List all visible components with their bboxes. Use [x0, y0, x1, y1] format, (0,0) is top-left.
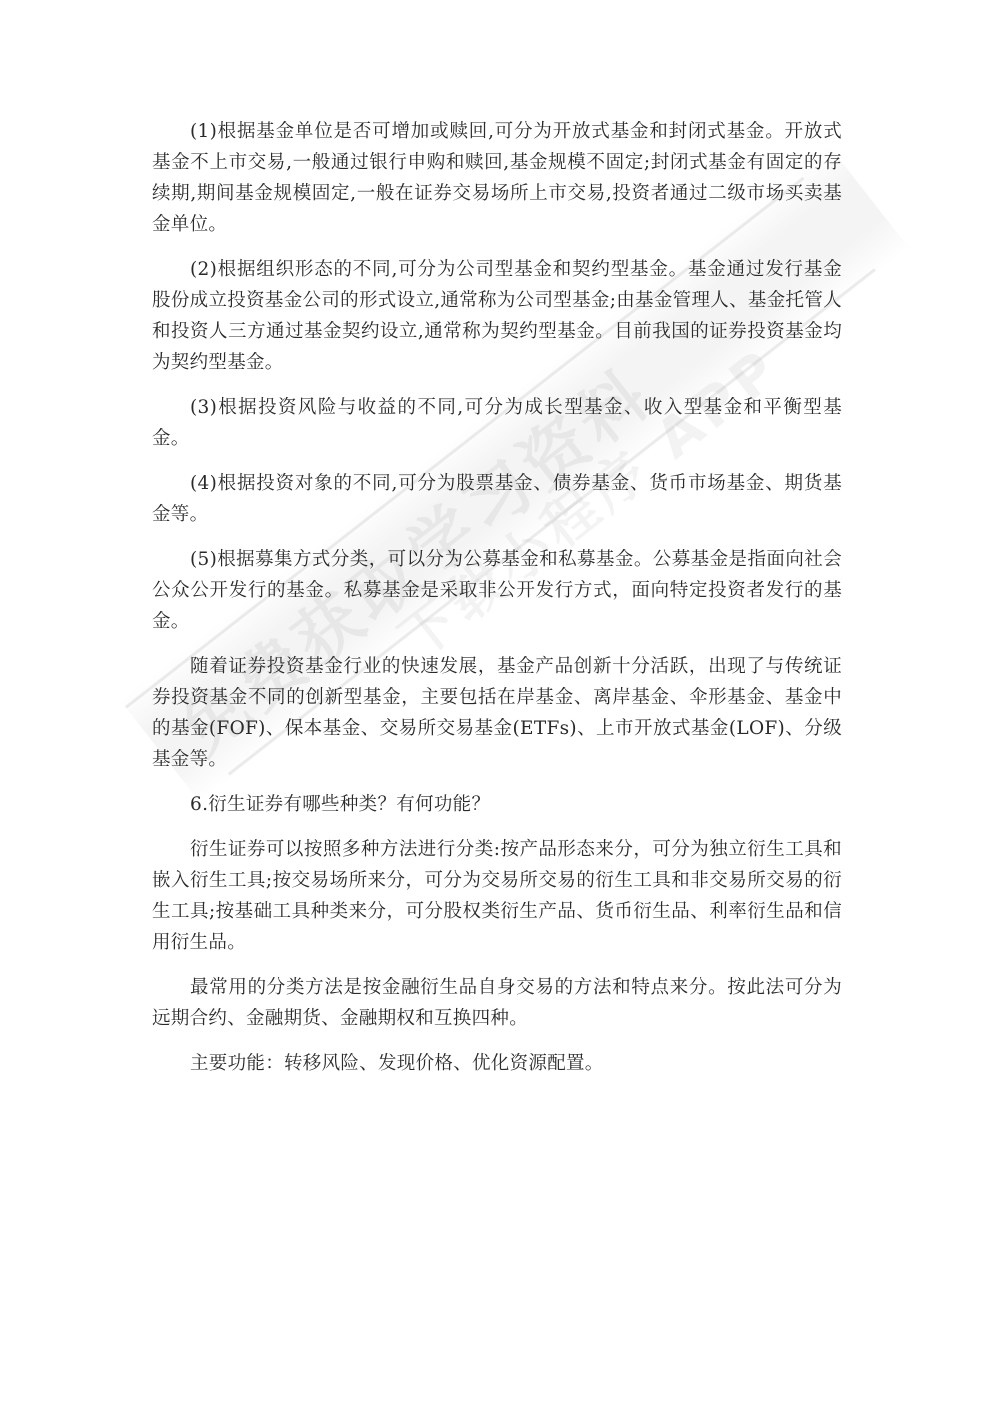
paragraph-innovative-funds: 随着证券投资基金行业的快速发展，基金产品创新十分活跃，出现了与传统证券投资基金不…: [152, 651, 842, 775]
paragraph-fund-type-4: (4)根据投资对象的不同,可分为股票基金、债券基金、货币市场基金、期货基金等。: [152, 468, 842, 530]
paragraph-derivative-classification: 衍生证券可以按照多种方法进行分类:按产品形态来分，可分为独立衍生工具和嵌入衍生工…: [152, 834, 842, 958]
paragraph-fund-type-5: (5)根据募集方式分类，可以分为公募基金和私募基金。公募基金是指面向社会公众公开…: [152, 544, 842, 637]
paragraph-common-classification: 最常用的分类方法是按金融衍生品自身交易的方法和特点来分。按此法可分为远期合约、金…: [152, 972, 842, 1034]
paragraph-main-functions: 主要功能：转移风险、发现价格、优化资源配置。: [152, 1048, 842, 1079]
paragraph-fund-type-3: (3)根据投资风险与收益的不同,可分为成长型基金、收入型基金和平衡型基金。: [152, 392, 842, 454]
paragraph-fund-type-1: (1)根据基金单位是否可增加或赎回,可分为开放式基金和封闭式基金。开放式基金不上…: [152, 116, 842, 240]
question-heading: 6.衍生证券有哪些种类？有何功能？: [152, 789, 842, 820]
document-page: (1)根据基金单位是否可增加或赎回,可分为开放式基金和封闭式基金。开放式基金不上…: [152, 116, 842, 1093]
paragraph-fund-type-2: (2)根据组织形态的不同,可分为公司型基金和契约型基金。基金通过发行基金股份成立…: [152, 254, 842, 378]
